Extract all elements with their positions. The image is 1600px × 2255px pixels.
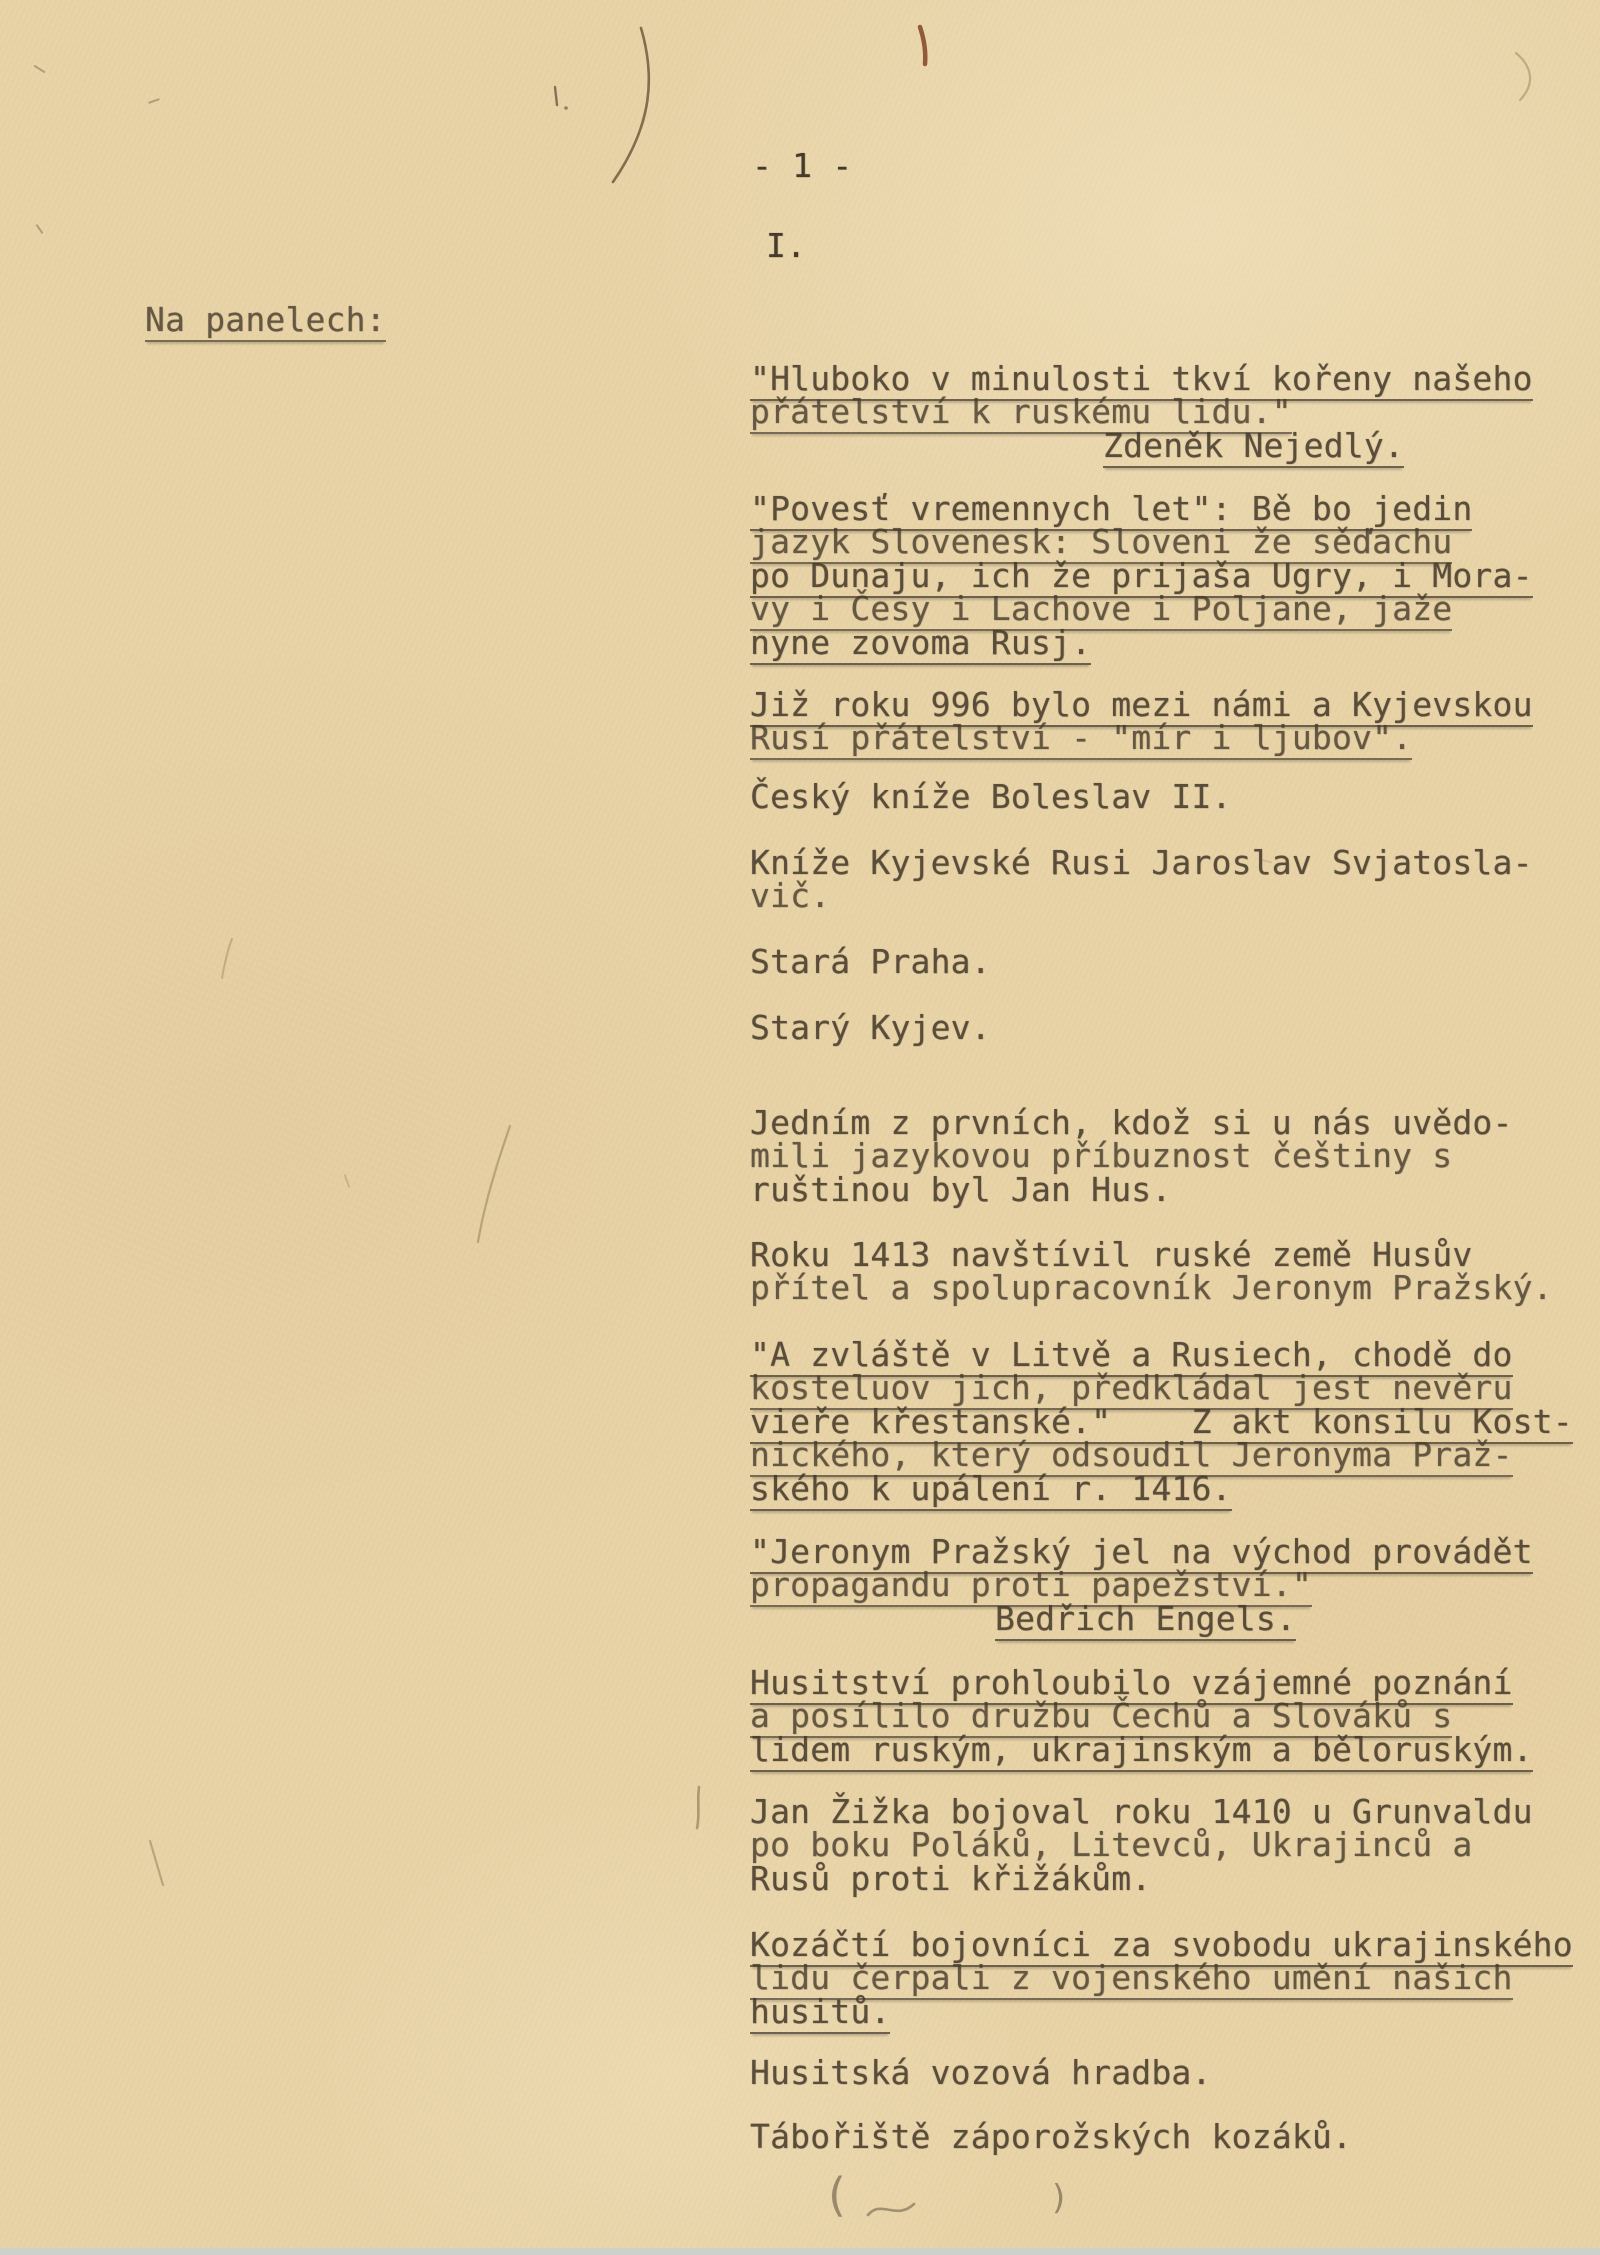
paper-fiber-left (218, 936, 238, 982)
typed-line-row: vič. (750, 879, 1580, 912)
typed-paragraph: Jedním z prvních, kdož si u nás uvědo-mi… (750, 1106, 1580, 1206)
typed-line-row: nického, který odsoudil Jeronyma Praž- (750, 1438, 1580, 1471)
typed-paragraph: Kozáčtí bojovníci za svobodu ukrajinskéh… (750, 1928, 1580, 2028)
typed-paragraph: Kníže Kyjevské Rusi Jaroslav Svjatosla-v… (750, 846, 1580, 913)
pencil-paren-open: ( (828, 2168, 846, 2222)
document-page: - 1 - I. Na panelech: "Hluboko v minulos… (0, 0, 1600, 2255)
typed-line-row: Český kníže Boleslav II. (750, 780, 1580, 813)
typed-line-row: Roku 1413 navštívil ruské země Husův (750, 1238, 1580, 1271)
section-numeral: I. (766, 226, 806, 265)
typed-paragraph: Tábořiště záporožských kozáků. (750, 2120, 1580, 2153)
small-ink-mark (550, 84, 574, 114)
paper-speck (344, 1174, 351, 1188)
typed-paragraph: Jan Žižka bojoval roku 1410 u Grunvaldup… (750, 1795, 1580, 1895)
page-number: - 1 - (752, 146, 852, 185)
typed-line-row: Kníže Kyjevské Rusi Jaroslav Svjatosla- (750, 846, 1580, 879)
typed-line: lidem ruským, ukrajinským a běloruským. (750, 1730, 1533, 1772)
typed-line-row: po Dunaju, ich že prijaša Ugry, i Mora- (750, 559, 1580, 592)
pencil-paren-close: ) (1052, 2178, 1065, 2218)
typed-line: Rusů proti křižákům. (750, 1859, 1151, 1898)
margin-label-text: Na panelech: (145, 300, 386, 342)
typed-line-row: Husitství prohloubilo vzájemné poznání (750, 1666, 1580, 1699)
typed-line-row: lidem ruským, ukrajinským a běloruským. (750, 1733, 1580, 1766)
page-number-text: - 1 - (752, 146, 852, 185)
typed-paragraph: "Jeronym Pražský jel na východ provádětp… (750, 1535, 1580, 1635)
typed-line-row: kosteluov jich, předkládal jest nevěru (750, 1371, 1580, 1404)
typed-paragraph: "Hluboko v minulosti tkví kořeny našehop… (750, 362, 1580, 462)
typed-line: husitů. (750, 1992, 890, 2034)
typed-line-row: mili jazykovou příbuznost češtiny s (750, 1139, 1580, 1172)
typed-line-row: přítel a spolupracovník Jeronym Pražský. (750, 1271, 1580, 1304)
typed-line: ského k upálení r. 1416. (750, 1469, 1232, 1511)
typed-line-row: lidu čerpali z vojenského umění našich (750, 1961, 1580, 1994)
typed-line: ruštinou byl Jan Hus. (750, 1170, 1171, 1209)
quote-attribution: Zdeněk Nejedlý. (1103, 426, 1404, 468)
paper-speck (148, 98, 160, 104)
typed-paragraph: Roku 1413 navštívil ruské země Husůvpřít… (750, 1238, 1580, 1305)
typed-line-row: "A zvláště v Litvě a Rusiech, chodě do (750, 1338, 1580, 1371)
paper-fiber-curve (595, 26, 665, 186)
typed-paragraph: Husitská vozová hradba. (750, 2056, 1580, 2089)
paper-fiber-long (474, 1124, 518, 1246)
typed-line-row: Tábořiště záporožských kozáků. (750, 2120, 1580, 2153)
typed-paragraph: "A zvláště v Litvě a Rusiech, chodě doko… (750, 1338, 1580, 1505)
typed-line-row: Rusů proti křižákům. (750, 1862, 1580, 1895)
typed-line-row: Jedním z prvních, kdož si u nás uvědo- (750, 1106, 1580, 1139)
typed-line: Stará Praha. (750, 942, 991, 981)
typed-line-row: "Jeronym Pražský jel na východ provádět (750, 1535, 1580, 1568)
typed-line-row: Stará Praha. (750, 945, 1580, 978)
paper-fiber-slash (146, 1838, 168, 1890)
typed-line: Husitská vozová hradba. (750, 2053, 1212, 2092)
typed-paragraph: Stará Praha. (750, 945, 1580, 978)
paper-fiber-curl (1513, 50, 1539, 104)
typed-paragraph: Husitství prohloubilo vzájemné poznánía … (750, 1666, 1580, 1766)
margin-label: Na panelech: (145, 300, 386, 339)
typed-line: Kníže Kyjevské Rusi Jaroslav Svjatosla- (750, 843, 1533, 882)
section-numeral-text: I. (766, 226, 806, 265)
typed-line-row: Jan Žižka bojoval roku 1410 u Grunvaldu (750, 1795, 1580, 1828)
typed-paragraph: "Povesť vremennych let": Bě bo jedinjazy… (750, 492, 1580, 659)
typed-paragraph: Český kníže Boleslav II. (750, 780, 1580, 813)
typed-line: Starý Kyjev. (750, 1008, 991, 1047)
typed-line: vič. (750, 876, 830, 915)
paper-speck (33, 65, 45, 74)
paper-fiber-tick (692, 1784, 706, 1832)
typed-line-row: vieře křestanské." Z akt konsilu Kost- (750, 1405, 1580, 1438)
typed-line-row: ruštinou byl Jan Hus. (750, 1173, 1580, 1206)
typed-line-row: Husitská vozová hradba. (750, 2056, 1580, 2089)
typed-line-row: Již roku 996 bylo mezi námi a Kyjevskou (750, 688, 1580, 721)
typed-paragraph: Již roku 996 bylo mezi námi a KyjevskouR… (750, 688, 1580, 755)
typed-line-row: po boku Poláků, Litevců, Ukrajinců a (750, 1828, 1580, 1861)
typed-line: Rusí přátelství - "mír i ljubov". (750, 718, 1412, 760)
typed-line-row: "Hluboko v minulosti tkví kořeny našeho (750, 362, 1580, 395)
typed-line: Český kníže Boleslav II. (750, 777, 1232, 816)
typed-line-row: Starý Kyjev. (750, 1011, 1580, 1044)
typed-line: přítel a spolupracovník Jeronym Pražský. (750, 1268, 1553, 1307)
typed-line: nyne zovoma Rusj. (750, 623, 1091, 665)
typed-line: Tábořiště záporožských kozáků. (750, 2117, 1352, 2156)
scan-edge (0, 2248, 1600, 2255)
typed-line-row: "Povesť vremennych let": Bě bo jedin (750, 492, 1580, 525)
typed-paragraph: Starý Kyjev. (750, 1011, 1580, 1044)
pencil-squiggle (866, 2196, 920, 2224)
red-fiber (915, 24, 933, 68)
paper-speck (36, 224, 44, 234)
typed-line-row: Kozáčtí bojovníci za svobodu ukrajinskéh… (750, 1928, 1580, 1961)
quote-attribution: Bedřich Engels. (995, 1599, 1296, 1641)
